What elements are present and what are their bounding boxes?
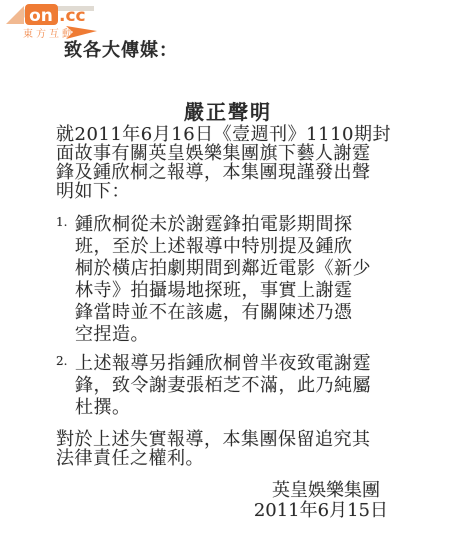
statement-title: 嚴正聲明 [56, 96, 400, 125]
list-item: 1. 鍾欣桐從未於謝霆鋒拍電影期間探 班，至於上述報導中特別提及鍾欣 桐於橫店拍… [56, 214, 408, 346]
intro-paragraph: 就2011年6月16日《壹週刊》1110期封 面故事有關英皇娛樂集團旗下藝人謝霆… [56, 125, 408, 201]
salutation: 致各大傳媒： [64, 36, 178, 62]
closing-paragraph: 對於上述失實報導，本集團保留追究其 法律責任之權利。 [56, 430, 412, 468]
statement-list: 1. 鍾欣桐從未於謝霆鋒拍電影期間探 班，至於上述報導中特別提及鍾欣 桐於橫店拍… [56, 214, 408, 426]
list-item-number: 2. [56, 353, 75, 419]
document-page: on .cc 東方互動 致各大傳媒： 嚴正聲明 就2011年6月16日《壹週刊》… [0, 0, 450, 549]
list-item: 2. 上述報導另指鍾欣桐曾半夜致電謝霆 鋒，致令謝妻張栢芝不滿，此乃純屬 杜撰。 [56, 353, 408, 419]
signature-date: 2011年6月15日 [254, 501, 388, 521]
logo-arrow-left-icon [6, 6, 24, 24]
list-item-number: 1. [56, 214, 75, 346]
signature-company: 英皇娛樂集團 [254, 481, 380, 501]
signature-block: 英皇娛樂集團 2011年6月15日 [254, 481, 388, 521]
logo-cc-text: .cc [59, 6, 86, 26]
list-item-text: 鍾欣桐從未於謝霆鋒拍電影期間探 班，至於上述報導中特別提及鍾欣 桐於橫店拍劇期間… [75, 214, 371, 346]
logo-on-text: on [29, 6, 53, 26]
list-item-text: 上述報導另指鍾欣桐曾半夜致電謝霆 鋒，致令謝妻張栢芝不滿，此乃純屬 杜撰。 [75, 353, 371, 419]
